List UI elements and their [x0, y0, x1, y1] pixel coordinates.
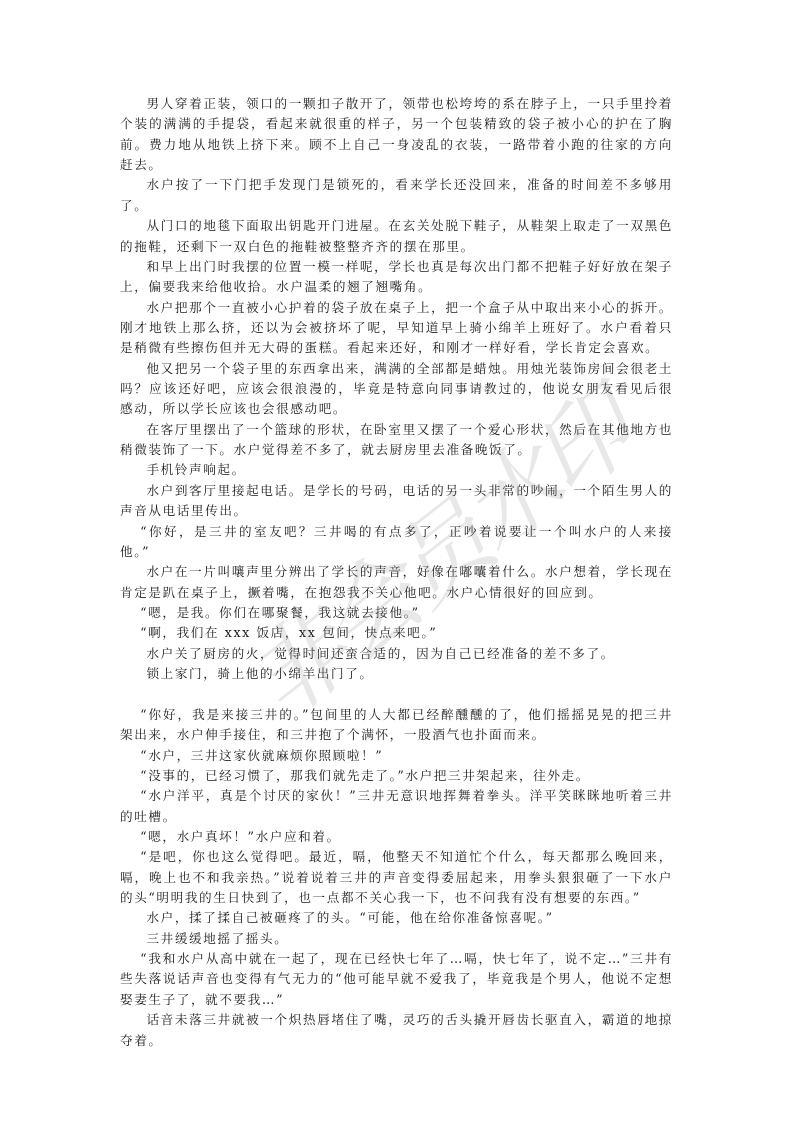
- dialogue-paragraph: “水户洋平，真是个讨厌的家伙！”三井无意识地挥舞着拳头。洋平笑眯眯地听着三井的吐…: [120, 786, 673, 827]
- section-break: [120, 684, 673, 704]
- paragraph: 话音未落三井就被一个炽热唇堵住了嘴，灵巧的舌头撬开唇齿长驱直入，霸道的地掠夺着。: [120, 1010, 673, 1051]
- dialogue-paragraph: “嗯，水户真坏！”水户应和着。: [120, 827, 673, 847]
- dialogue-paragraph: “没事的，已经习惯了，那我们就先走了。”水户把三井架起来，往外走。: [120, 766, 673, 786]
- dialogue-paragraph: “水户，三井这家伙就麻烦你照顾啦！”: [120, 746, 673, 766]
- paragraph: 男人穿着正装，领口的一颗扣子散开了，领带也松垮垮的系在脖子上，一只手里拎着个装的…: [120, 94, 673, 175]
- paragraph: 从门口的地毯下面取出钥匙开门进屋。在玄关处脱下鞋子，从鞋架上取走了一双黑色的拖鞋…: [120, 216, 673, 257]
- paragraph: 水户关了厨房的火，觉得时间还蛮合适的，因为自己已经准备的差不多了。: [120, 644, 673, 664]
- dialogue-paragraph: “你好，是三井的室友吧？三井喝的有点多了，正吵着说要让一个叫水户的人来接他。”: [120, 522, 673, 563]
- document-body: 男人穿着正装，领口的一颗扣子散开了，领带也松垮垮的系在脖子上，一只手里拎着个装的…: [120, 94, 673, 1051]
- dialogue-paragraph: “嗯，是我。你们在哪聚餐，我这就去接他。”: [120, 603, 673, 623]
- paragraph: 他又把另一个袋子里的东西拿出来，满满的全部都是蜡烛。用烛光装饰房间会很老土吗？应…: [120, 359, 673, 420]
- paragraph: 锁上家门，骑上他的小绵羊出门了。: [120, 664, 673, 684]
- dialogue-paragraph: “你好，我是来接三井的。”包间里的人大都已经醉醺醺的了，他们摇摇晃晃的把三井架出…: [120, 705, 673, 746]
- paragraph: 水户把那个一直被小心护着的袋子放在桌子上，把一个盒子从中取出来小心的拆开。刚才地…: [120, 298, 673, 359]
- paragraph: 水户在一片叫嚷声里分辨出了学长的声音，好像在嘟囔着什么。水户想着，学长现在肯定是…: [120, 562, 673, 603]
- paragraph: 手机铃声响起。: [120, 460, 673, 480]
- paragraph: 和早上出门时我摆的位置一模一样呢，学长也真是每次出门都不把鞋子好好放在架子上，偏…: [120, 257, 673, 298]
- paragraph: 水户按了一下门把手发现门是锁死的，看来学长还没回来，准备的时间差不多够用了。: [120, 175, 673, 216]
- paragraph: 在客厅里摆出了一个篮球的形状，在卧室里又摆了一个爱心形状，然后在其他地方也稍微装…: [120, 420, 673, 461]
- dialogue-paragraph: “是吧，你也这么觉得吧。最近，嗝，他整天不知道忙个什么，每天都那么晚回来，嗝，晚…: [120, 847, 673, 908]
- dialogue-paragraph: “啊，我们在 xxx 饭店，xx 包间，快点来吧。”: [120, 623, 673, 643]
- paragraph: 水户，揉了揉自己被砸疼了的头。“可能，他在给你准备惊喜呢。”: [120, 908, 673, 928]
- paragraph: 三井缓缓地摇了摇头。: [120, 929, 673, 949]
- paragraph: 水户到客厅里接起电话。是学长的号码，电话的另一头非常的吵闹，一个陌生男人的声音从…: [120, 481, 673, 522]
- dialogue-paragraph: “我和水户从高中就在一起了，现在已经快七年了…嗝，快七年了，说不定…”三井有些失…: [120, 949, 673, 1010]
